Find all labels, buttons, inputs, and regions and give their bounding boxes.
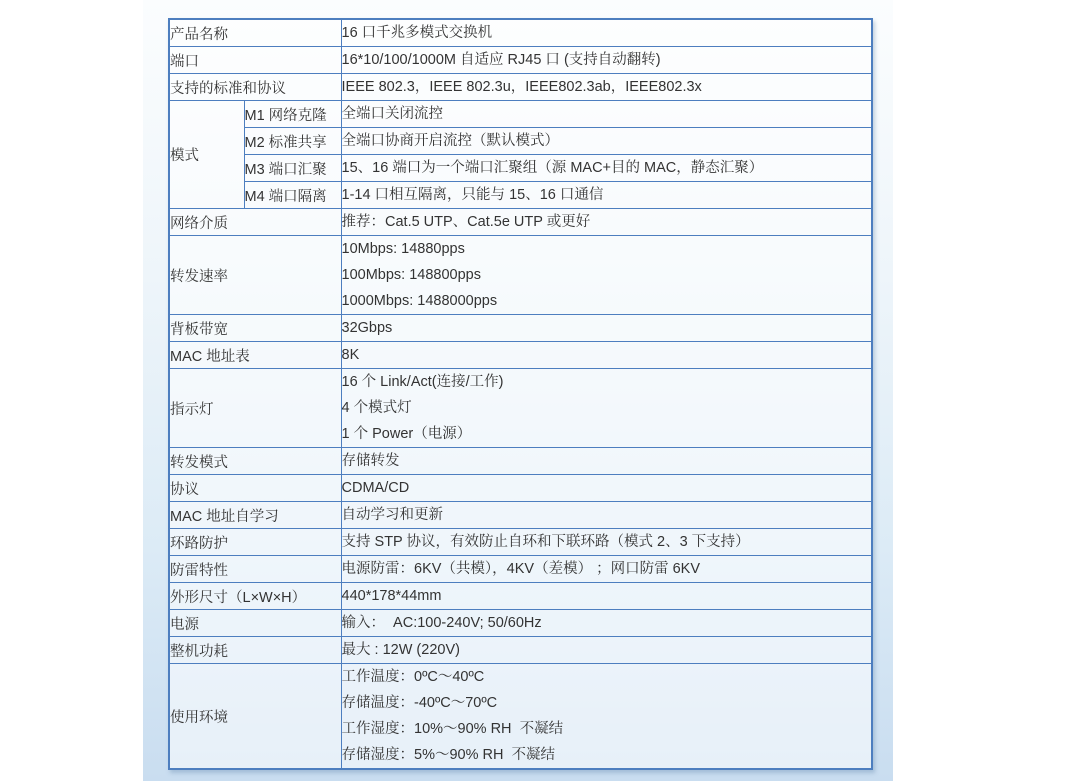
spec-value-line: 100Mbps: 148800pps bbox=[342, 262, 872, 288]
spec-value: 15、16 端口为一个端口汇聚组（源 MAC+目的 MAC，静态汇聚） bbox=[341, 155, 872, 182]
spec-value-line: 自动学习和更新 bbox=[342, 502, 872, 528]
spec-label: 指示灯 bbox=[169, 369, 341, 448]
spec-mode-label: M2 标准共享 bbox=[244, 128, 341, 155]
spec-value-line: 输入： AC:100-240V; 50/60Hz bbox=[342, 610, 872, 636]
spec-label: 外形尺寸（L×W×H） bbox=[169, 583, 341, 610]
spec-value-line: 16 个 Link/Act(连接/工作) bbox=[342, 369, 872, 395]
spec-value-line: 32Gbps bbox=[342, 315, 872, 341]
spec-value-line: 8K bbox=[342, 342, 872, 368]
spec-value-line: 1 个 Power（电源） bbox=[342, 421, 872, 447]
table-row: 产品名称16 口千兆多模式交换机 bbox=[169, 19, 872, 47]
spec-mode-label: M4 端口隔离 bbox=[244, 182, 341, 209]
spec-value: 自动学习和更新 bbox=[341, 502, 872, 529]
spec-value: 电源防雷：6KV（共模），4KV（差模） ；网口防雷 6KV bbox=[341, 556, 872, 583]
spec-table: 产品名称16 口千兆多模式交换机端口16*10/100/1000M 自适应 RJ… bbox=[168, 18, 873, 770]
spec-value: 32Gbps bbox=[341, 315, 872, 342]
spec-label: 协议 bbox=[169, 475, 341, 502]
page: 产品名称16 口千兆多模式交换机端口16*10/100/1000M 自适应 RJ… bbox=[0, 0, 1073, 781]
table-row: 协议CDMA/CD bbox=[169, 475, 872, 502]
spec-value-line: 存储温度：-40ºC～70ºC bbox=[342, 690, 872, 716]
spec-value-line: 工作温度：0ºC～40ºC bbox=[342, 664, 872, 690]
spec-value-line: 1-14 口相互隔离，只能与 15、16 口通信 bbox=[342, 182, 872, 208]
spec-value-line: 440*178*44mm bbox=[342, 583, 872, 609]
table-row: 背板带宽32Gbps bbox=[169, 315, 872, 342]
spec-value-line: 1000Mbps: 1488000pps bbox=[342, 288, 872, 314]
table-row: 防雷特性电源防雷：6KV（共模），4KV（差模） ；网口防雷 6KV bbox=[169, 556, 872, 583]
spec-label: MAC 地址表 bbox=[169, 342, 341, 369]
table-row: M3 端口汇聚15、16 端口为一个端口汇聚组（源 MAC+目的 MAC，静态汇… bbox=[169, 155, 872, 182]
spec-label: 网络介质 bbox=[169, 209, 341, 236]
table-row: 外形尺寸（L×W×H）440*178*44mm bbox=[169, 583, 872, 610]
spec-value-line: IEEE 802.3，IEEE 802.3u，IEEE802.3ab，IEEE8… bbox=[342, 74, 872, 100]
spec-value-line: 15、16 端口为一个端口汇聚组（源 MAC+目的 MAC，静态汇聚） bbox=[342, 155, 872, 181]
table-row: 模式M1 网络克隆全端口关闭流控 bbox=[169, 101, 872, 128]
spec-value-line: 存储湿度：5%～90% RH 不凝结 bbox=[342, 742, 872, 768]
table-row: MAC 地址表8K bbox=[169, 342, 872, 369]
table-row: 网络介质推荐：Cat.5 UTP、Cat.5e UTP 或更好 bbox=[169, 209, 872, 236]
spec-value-line: 工作湿度：10%～90% RH 不凝结 bbox=[342, 716, 872, 742]
table-row: 支持的标准和协议IEEE 802.3，IEEE 802.3u，IEEE802.3… bbox=[169, 74, 872, 101]
table-row: M2 标准共享全端口协商开启流控（默认模式） bbox=[169, 128, 872, 155]
spec-value: 全端口关闭流控 bbox=[341, 101, 872, 128]
background-panel: 产品名称16 口千兆多模式交换机端口16*10/100/1000M 自适应 RJ… bbox=[143, 0, 893, 781]
spec-value-line: CDMA/CD bbox=[342, 475, 872, 501]
table-row: 使用环境工作温度：0ºC～40ºC存储温度：-40ºC～70ºC工作湿度：10%… bbox=[169, 664, 872, 770]
spec-label: 模式 bbox=[169, 101, 244, 209]
spec-value: 输入： AC:100-240V; 50/60Hz bbox=[341, 610, 872, 637]
spec-value: 最大 : 12W (220V) bbox=[341, 637, 872, 664]
spec-value: 16*10/100/1000M 自适应 RJ45 口 (支持自动翻转) bbox=[341, 47, 872, 74]
spec-value: IEEE 802.3，IEEE 802.3u，IEEE802.3ab，IEEE8… bbox=[341, 74, 872, 101]
table-row: 电源输入： AC:100-240V; 50/60Hz bbox=[169, 610, 872, 637]
spec-value-line: 4 个模式灯 bbox=[342, 395, 872, 421]
spec-value: 支持 STP 协议，有效防止自环和下联环路（模式 2、3 下支持） bbox=[341, 529, 872, 556]
spec-value-line: 推荐：Cat.5 UTP、Cat.5e UTP 或更好 bbox=[342, 209, 872, 235]
spec-value-line: 存储转发 bbox=[342, 448, 872, 474]
spec-label: 转发速率 bbox=[169, 236, 341, 315]
spec-label: 整机功耗 bbox=[169, 637, 341, 664]
spec-value: 10Mbps: 14880pps100Mbps: 148800pps1000Mb… bbox=[341, 236, 872, 315]
spec-label: 背板带宽 bbox=[169, 315, 341, 342]
spec-label: MAC 地址自学习 bbox=[169, 502, 341, 529]
table-row: MAC 地址自学习自动学习和更新 bbox=[169, 502, 872, 529]
spec-value-line: 16 口千兆多模式交换机 bbox=[342, 20, 872, 46]
spec-value-line: 16*10/100/1000M 自适应 RJ45 口 (支持自动翻转) bbox=[342, 47, 872, 73]
spec-value-line: 电源防雷：6KV（共模），4KV（差模） ；网口防雷 6KV bbox=[342, 556, 872, 582]
table-row: 整机功耗最大 : 12W (220V) bbox=[169, 637, 872, 664]
table-row: 端口16*10/100/1000M 自适应 RJ45 口 (支持自动翻转) bbox=[169, 47, 872, 74]
spec-value: 推荐：Cat.5 UTP、Cat.5e UTP 或更好 bbox=[341, 209, 872, 236]
spec-value-line: 支持 STP 协议，有效防止自环和下联环路（模式 2、3 下支持） bbox=[342, 529, 872, 555]
spec-value: 工作温度：0ºC～40ºC存储温度：-40ºC～70ºC工作湿度：10%～90%… bbox=[341, 664, 872, 770]
spec-value: 16 个 Link/Act(连接/工作)4 个模式灯1 个 Power（电源） bbox=[341, 369, 872, 448]
spec-value: 1-14 口相互隔离，只能与 15、16 口通信 bbox=[341, 182, 872, 209]
spec-mode-label: M1 网络克隆 bbox=[244, 101, 341, 128]
spec-value-line: 最大 : 12W (220V) bbox=[342, 637, 872, 663]
spec-label: 使用环境 bbox=[169, 664, 341, 770]
spec-value-line: 全端口协商开启流控（默认模式） bbox=[342, 128, 872, 154]
spec-label: 电源 bbox=[169, 610, 341, 637]
spec-label: 支持的标准和协议 bbox=[169, 74, 341, 101]
spec-value: 440*178*44mm bbox=[341, 583, 872, 610]
spec-value-line: 10Mbps: 14880pps bbox=[342, 236, 872, 262]
spec-value: 全端口协商开启流控（默认模式） bbox=[341, 128, 872, 155]
spec-value: 存储转发 bbox=[341, 448, 872, 475]
spec-label: 产品名称 bbox=[169, 19, 341, 47]
table-row: M4 端口隔离1-14 口相互隔离，只能与 15、16 口通信 bbox=[169, 182, 872, 209]
spec-table-body: 产品名称16 口千兆多模式交换机端口16*10/100/1000M 自适应 RJ… bbox=[169, 19, 872, 769]
spec-label: 转发模式 bbox=[169, 448, 341, 475]
spec-value-line: 全端口关闭流控 bbox=[342, 101, 872, 127]
spec-value: 16 口千兆多模式交换机 bbox=[341, 19, 872, 47]
table-row: 转发速率10Mbps: 14880pps100Mbps: 148800pps10… bbox=[169, 236, 872, 315]
table-row: 转发模式存储转发 bbox=[169, 448, 872, 475]
table-row: 环路防护支持 STP 协议，有效防止自环和下联环路（模式 2、3 下支持） bbox=[169, 529, 872, 556]
spec-mode-label: M3 端口汇聚 bbox=[244, 155, 341, 182]
spec-value: 8K bbox=[341, 342, 872, 369]
table-row: 指示灯16 个 Link/Act(连接/工作)4 个模式灯1 个 Power（电… bbox=[169, 369, 872, 448]
spec-label: 防雷特性 bbox=[169, 556, 341, 583]
spec-label: 环路防护 bbox=[169, 529, 341, 556]
spec-value: CDMA/CD bbox=[341, 475, 872, 502]
spec-label: 端口 bbox=[169, 47, 341, 74]
